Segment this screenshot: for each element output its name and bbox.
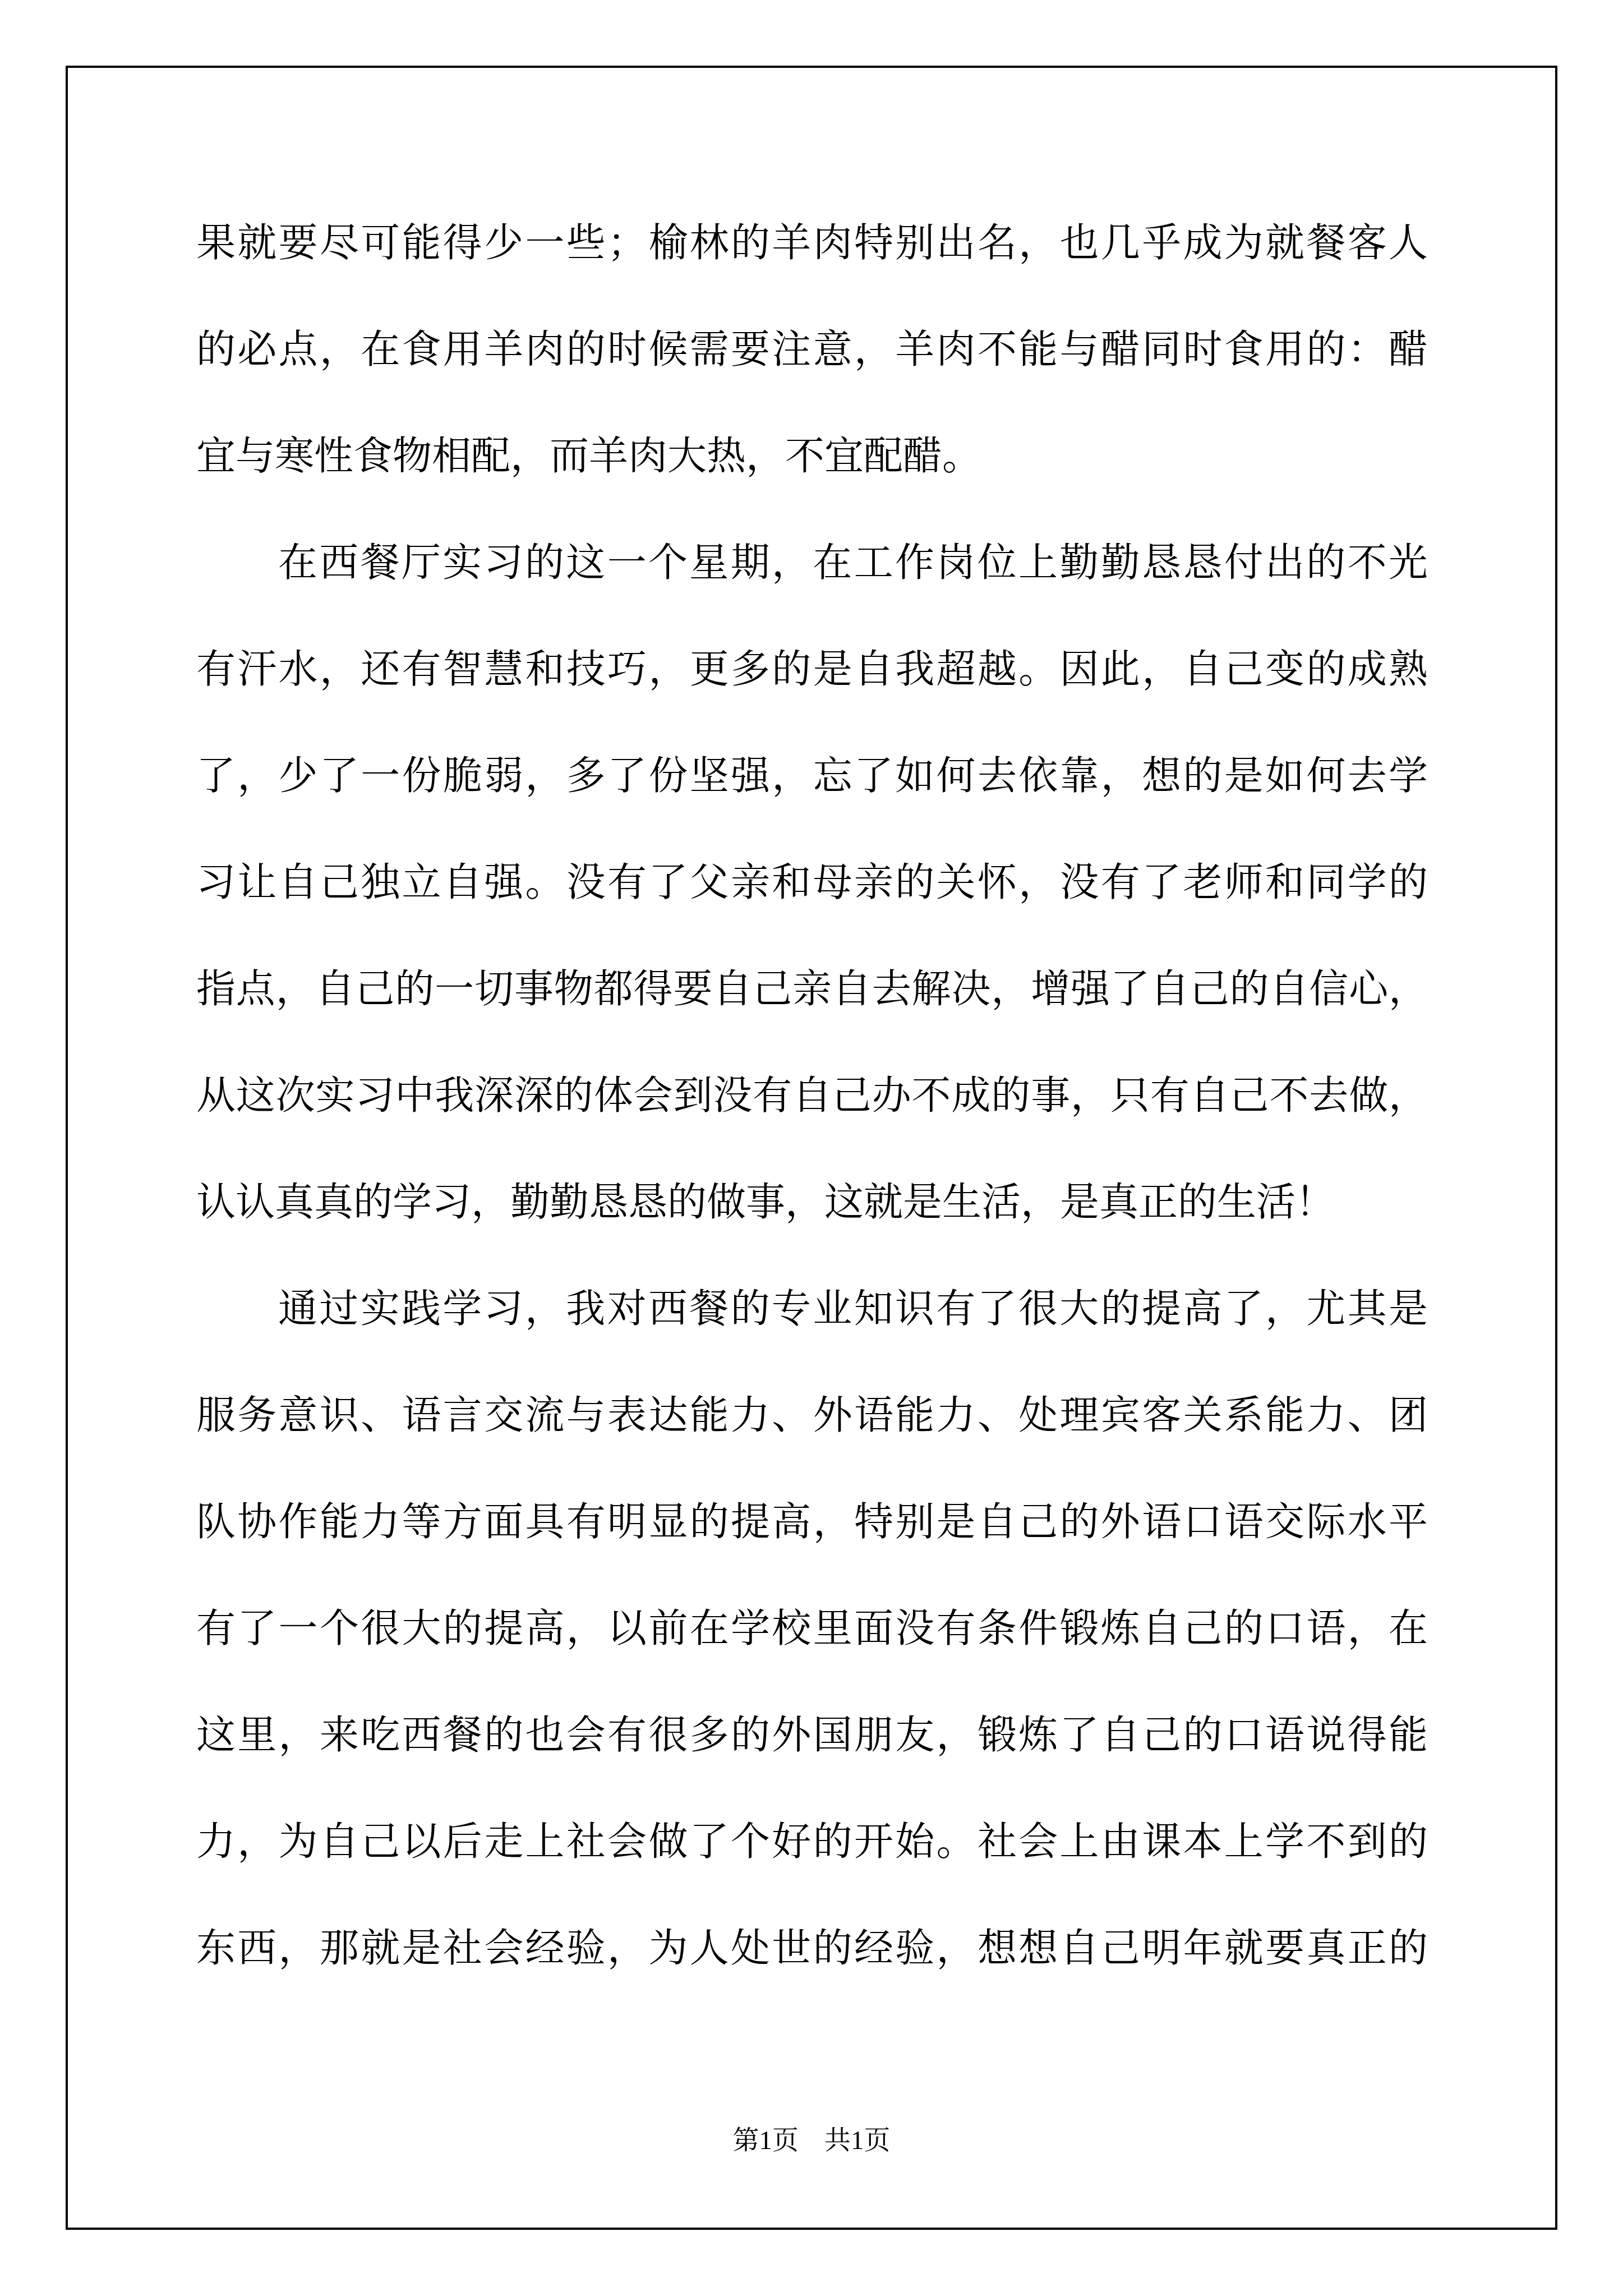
text-line: 服务意识、语言交流与表达能力、外语能力、处理宾客关系能力、团 bbox=[196, 1363, 1428, 1470]
text-line: 力，为自己以后走上社会做了个好的开始。社会上由课本上学不到的 bbox=[196, 1789, 1428, 1896]
text-line: 认认真真的学习，勤勤恳恳的做事，这就是生活，是真正的生活！ bbox=[196, 1150, 1428, 1257]
text-line: 在西餐厅实习的这一个星期，在工作岗位上勤勤恳恳付出的不光 bbox=[196, 510, 1428, 617]
text-line: 东西，那就是社会经验，为人处世的经验，想想自己明年就要真正的 bbox=[196, 1896, 1428, 2003]
page-count-label: 共1页 bbox=[824, 2126, 891, 2155]
text-line: 有汗水，还有智慧和技巧，更多的是自我超越。因此，自己变的成熟 bbox=[196, 617, 1428, 724]
text-line: 宜与寒性食物相配，而羊肉大热，不宜配醋。 bbox=[196, 404, 1428, 510]
text-line: 有了一个很大的提高，以前在学校里面没有条件锻炼自己的口语，在 bbox=[196, 1576, 1428, 1683]
document-page: 果就要尽可能得少一些；榆林的羊肉特别出名，也几乎成为就餐客人的必点，在食用羊肉的… bbox=[0, 0, 1623, 2296]
text-line: 的必点，在食用羊肉的时候需要注意，羊肉不能与醋同时食用的：醋 bbox=[196, 297, 1428, 404]
text-line: 果就要尽可能得少一些；榆林的羊肉特别出名，也几乎成为就餐客人 bbox=[196, 191, 1428, 297]
page-number-label: 第1页 bbox=[733, 2126, 799, 2155]
text-line: 通过实践学习，我对西餐的专业知识有了很大的提高了，尤其是 bbox=[196, 1257, 1428, 1363]
text-line: 了，少了一份脆弱，多了份坚强，忘了如何去依靠，想的是如何去学 bbox=[196, 724, 1428, 830]
document-body-text: 果就要尽可能得少一些；榆林的羊肉特别出名，也几乎成为就餐客人的必点，在食用羊肉的… bbox=[196, 191, 1428, 2003]
text-line: 指点，自己的一切事物都得要自己亲自去解决，增强了自己的自信心， bbox=[196, 937, 1428, 1043]
page-footer: 第1页共1页 bbox=[0, 2124, 1623, 2157]
text-line: 从这次实习中我深深的体会到没有自己办不成的事，只有自己不去做， bbox=[196, 1043, 1428, 1150]
text-line: 习让自己独立自强。没有了父亲和母亲的关怀，没有了老师和同学的 bbox=[196, 830, 1428, 937]
text-line: 队协作能力等方面具有明显的提高，特别是自己的外语口语交际水平 bbox=[196, 1470, 1428, 1576]
text-line: 这里，来吃西餐的也会有很多的外国朋友，锻炼了自己的口语说得能 bbox=[196, 1683, 1428, 1789]
